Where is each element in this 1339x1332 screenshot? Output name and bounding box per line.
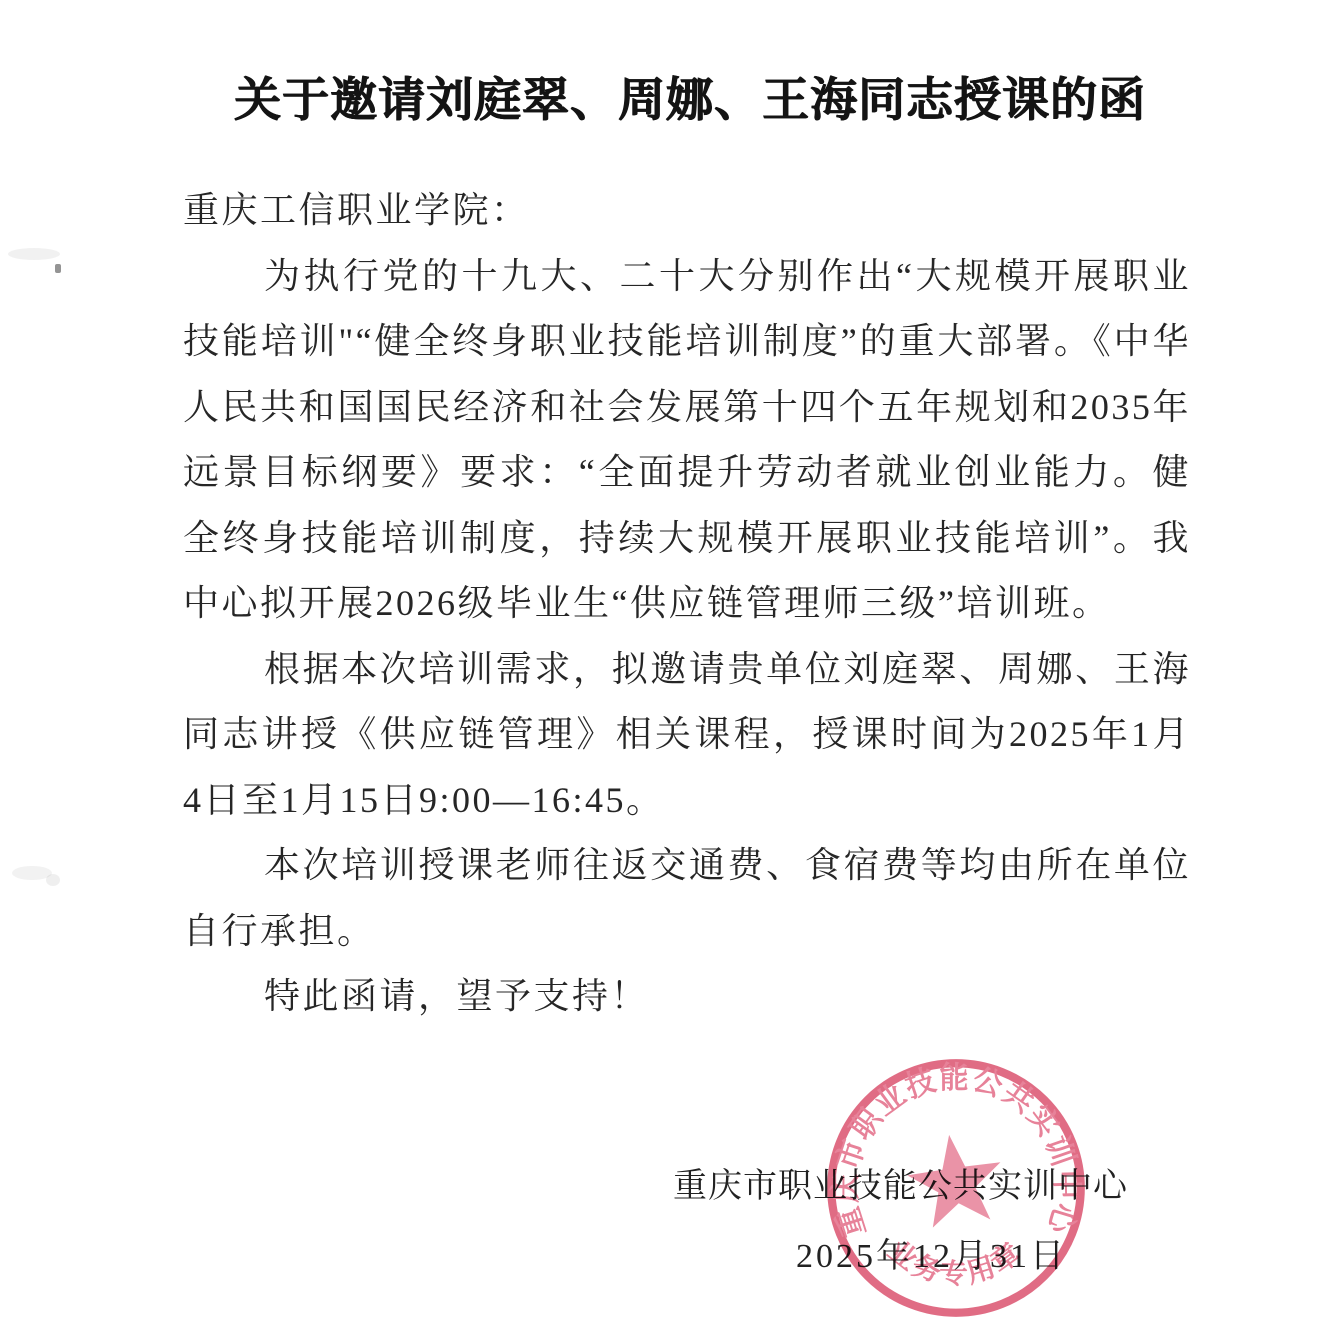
paragraph-closing: 特此函请，望予支持！ xyxy=(183,964,1191,1030)
scan-artifact xyxy=(55,264,61,273)
letter-body: 重庆工信职业学院： 为执行党的十九大、二十大分别作出“大规模开展职业技能培训"“… xyxy=(183,178,1191,1030)
paragraph-expenses: 本次培训授课老师往返交通费、食宿费等均由所在单位自行承担。 xyxy=(183,833,1191,964)
seal-arc-text: 重庆市职业技能公共实训中心 xyxy=(828,1060,1084,1242)
scanned-letter-page: 关于邀请刘庭翠、周娜、王海同志授课的函 重庆工信职业学院： 为执行党的十九大、二… xyxy=(0,0,1339,1332)
document-title: 关于邀请刘庭翠、周娜、王海同志授课的函 xyxy=(165,72,1215,130)
scan-artifact xyxy=(8,248,60,260)
salutation: 重庆工信职业学院： xyxy=(183,178,1191,244)
scan-artifact xyxy=(46,874,60,886)
paragraph-policy: 为执行党的十九大、二十大分别作出“大规模开展职业技能培训"“健全终身职业技能培训… xyxy=(183,244,1191,637)
paragraph-invitation: 根据本次培训需求，拟邀请贵单位刘庭翠、周娜、王海同志讲授《供应链管理》相关课程，… xyxy=(183,637,1191,834)
signature-date: 2025年12月31日 xyxy=(796,1228,1067,1277)
signature-organization: 重庆市职业技能公共实训中心 xyxy=(673,1158,1128,1207)
